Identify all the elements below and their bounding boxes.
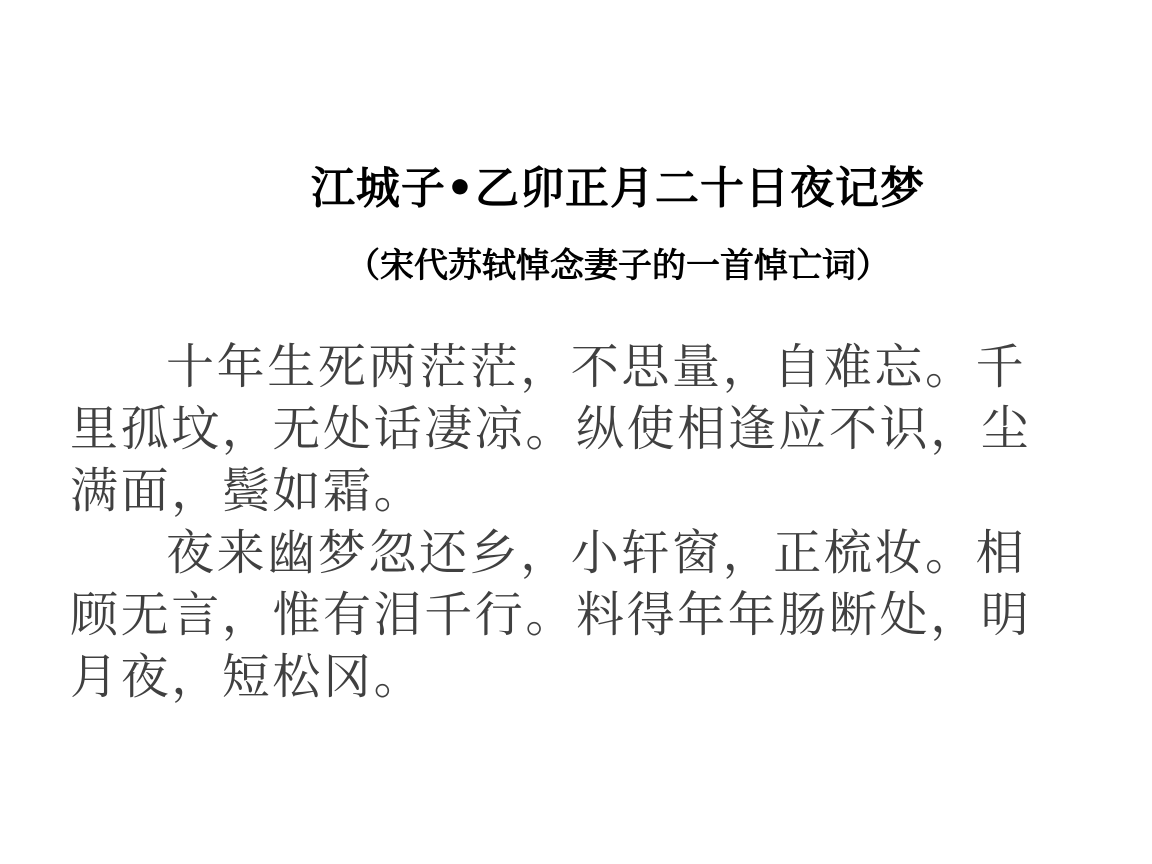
stanza-1: 十年生死两茫茫，不思量，自难忘。千里孤坟，无处话凄凉。纵使相逢应不识，尘满面，鬓…	[70, 336, 1060, 522]
stanza-2: 夜来幽梦忽还乡，小轩窗，正梳妆。相顾无言，惟有泪千行。料得年年肠断处，明月夜，短…	[70, 522, 1060, 708]
poem-subtitle: （宋代苏轼悼念妻子的一首悼亡词）	[0, 238, 1152, 287]
poem-title: 江城子•乙卯正月二十日夜记梦	[0, 152, 1152, 216]
poem-body: 十年生死两茫茫，不思量，自难忘。千里孤坟，无处话凄凉。纵使相逢应不识，尘满面，鬓…	[70, 336, 1070, 708]
